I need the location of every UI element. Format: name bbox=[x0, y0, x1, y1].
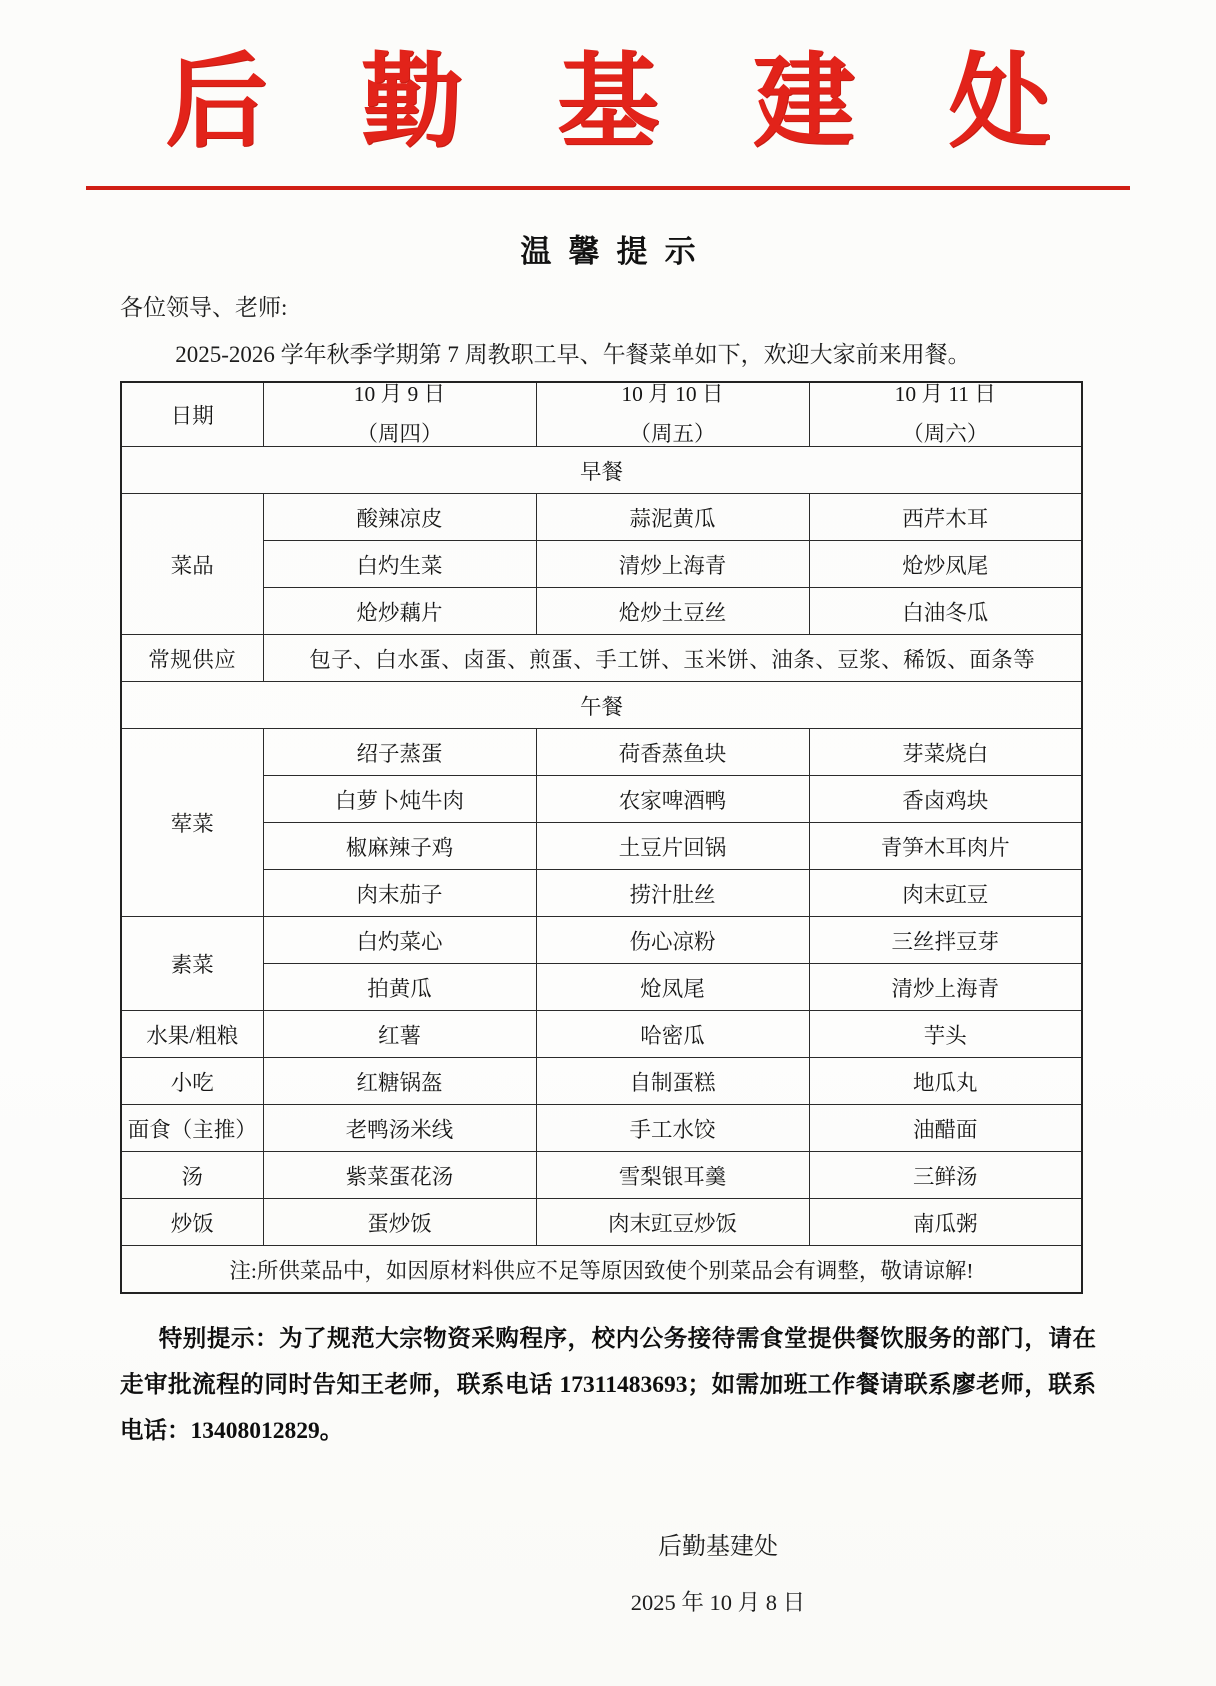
signature-department: 后勤基建处 bbox=[558, 1526, 878, 1561]
date-text: 10 月 11 日 bbox=[814, 383, 1078, 407]
menu-cell: 肉末茄子 bbox=[263, 870, 536, 917]
menu-cell: 绍子蒸蛋 bbox=[263, 729, 536, 776]
lunch-banner: 午餐 bbox=[121, 682, 1082, 729]
menu-cell: 三鲜汤 bbox=[809, 1152, 1082, 1199]
menu-cell: 红薯 bbox=[263, 1011, 536, 1058]
menu-cell: 西芹木耳 bbox=[809, 494, 1082, 541]
meat-label: 荤菜 bbox=[121, 729, 263, 917]
menu-cell: 清炒上海青 bbox=[536, 541, 809, 588]
menu-cell: 清炒上海青 bbox=[809, 964, 1082, 1011]
menu-cell: 土豆片回锅 bbox=[536, 823, 809, 870]
date-cell-sat: 10 月 11 日 （周六） bbox=[809, 382, 1082, 447]
fruit-label: 水果/粗粮 bbox=[121, 1011, 263, 1058]
menu-cell: 蛋炒饭 bbox=[263, 1199, 536, 1246]
table-row: 白萝卜炖牛肉 农家啤酒鸭 香卤鸡块 bbox=[121, 776, 1082, 823]
menu-cell: 紫菜蛋花汤 bbox=[263, 1152, 536, 1199]
menu-cell: 肉末豇豆炒饭 bbox=[536, 1199, 809, 1246]
menu-cell: 伤心凉粉 bbox=[536, 917, 809, 964]
table-row: 小吃 红糖锅盔 自制蛋糕 地瓜丸 bbox=[121, 1058, 1082, 1105]
intro-paragraph: 2025-2026 学年秋季学期第 7 周教职工早、午餐菜单如下，欢迎大家前来用… bbox=[120, 336, 1096, 369]
table-row-regular-supply: 常规供应 包子、白水蛋、卤蛋、煎蛋、手工饼、玉米饼、油条、豆浆、稀饭、面条等 bbox=[121, 635, 1082, 682]
letterhead-title: 后勤基建处 bbox=[0, 48, 1216, 160]
date-label-cell: 日期 bbox=[121, 382, 263, 447]
table-row-lunch-banner: 午餐 bbox=[121, 682, 1082, 729]
menu-cell: 南瓜粥 bbox=[809, 1199, 1082, 1246]
menu-cell: 炝炒藕片 bbox=[263, 588, 536, 635]
table-row: 拍黄瓜 炝凤尾 清炒上海青 bbox=[121, 964, 1082, 1011]
table-row: 椒麻辣子鸡 土豆片回锅 青笋木耳肉片 bbox=[121, 823, 1082, 870]
special-notice: 特别提示：为了规范大宗物资采购程序，校内公务接待需食堂提供餐饮服务的部门，请在走… bbox=[120, 1316, 1096, 1454]
menu-note: 注:所供菜品中，如因原材料供应不足等原因致使个别菜品会有调整，敬请谅解! bbox=[121, 1246, 1082, 1294]
menu-cell: 肉末豇豆 bbox=[809, 870, 1082, 917]
menu-cell: 荷香蒸鱼块 bbox=[536, 729, 809, 776]
noodle-label: 面食（主推） bbox=[121, 1105, 263, 1152]
menu-cell: 雪梨银耳羹 bbox=[536, 1152, 809, 1199]
notice-title: 温馨提示 bbox=[0, 226, 1216, 271]
menu-cell: 哈密瓜 bbox=[536, 1011, 809, 1058]
soup-label: 汤 bbox=[121, 1152, 263, 1199]
salutation: 各位领导、老师: bbox=[120, 289, 1096, 322]
date-cell-thu: 10 月 9 日 （周四） bbox=[263, 382, 536, 447]
menu-cell: 白灼生菜 bbox=[263, 541, 536, 588]
menu-cell: 青笋木耳肉片 bbox=[809, 823, 1082, 870]
signature-block: 后勤基建处 2025 年 10 月 8 日 bbox=[558, 1526, 878, 1617]
table-row: 白灼生菜 清炒上海青 炝炒凤尾 bbox=[121, 541, 1082, 588]
table-row: 水果/粗粮 红薯 哈密瓜 芋头 bbox=[121, 1011, 1082, 1058]
menu-cell: 炝凤尾 bbox=[536, 964, 809, 1011]
veg-label: 素菜 bbox=[121, 917, 263, 1011]
menu-table: 日期 10 月 9 日 （周四） 10 月 10 日 （周五） 10 月 11 … bbox=[120, 381, 1083, 1294]
breakfast-banner: 早餐 bbox=[121, 447, 1082, 494]
breakfast-dishes-label: 菜品 bbox=[121, 494, 263, 635]
table-row: 菜品 酸辣凉皮 蒜泥黄瓜 西芹木耳 bbox=[121, 494, 1082, 541]
snack-label: 小吃 bbox=[121, 1058, 263, 1105]
menu-cell: 炝炒凤尾 bbox=[809, 541, 1082, 588]
menu-cell: 自制蛋糕 bbox=[536, 1058, 809, 1105]
signature-date: 2025 年 10 月 8 日 bbox=[558, 1585, 878, 1617]
menu-cell: 蒜泥黄瓜 bbox=[536, 494, 809, 541]
weekday-text: （周六） bbox=[814, 423, 1078, 447]
table-row: 荤菜 绍子蒸蛋 荷香蒸鱼块 芽菜烧白 bbox=[121, 729, 1082, 776]
letterhead-rule bbox=[86, 186, 1130, 190]
menu-cell: 三丝拌豆芽 bbox=[809, 917, 1082, 964]
menu-cell: 炝炒土豆丝 bbox=[536, 588, 809, 635]
table-row: 面食（主推） 老鸭汤米线 手工水饺 油醋面 bbox=[121, 1105, 1082, 1152]
table-row: 炒饭 蛋炒饭 肉末豇豆炒饭 南瓜粥 bbox=[121, 1199, 1082, 1246]
weekday-text: （周四） bbox=[268, 423, 532, 447]
menu-cell: 油醋面 bbox=[809, 1105, 1082, 1152]
menu-cell: 地瓜丸 bbox=[809, 1058, 1082, 1105]
table-row: 素菜 白灼菜心 伤心凉粉 三丝拌豆芽 bbox=[121, 917, 1082, 964]
document-page: 后勤基建处 温馨提示 各位领导、老师: 2025-2026 学年秋季学期第 7 … bbox=[0, 0, 1216, 1686]
menu-cell: 捞汁肚丝 bbox=[536, 870, 809, 917]
table-row-note: 注:所供菜品中，如因原材料供应不足等原因致使个别菜品会有调整，敬请谅解! bbox=[121, 1246, 1082, 1294]
rice-label: 炒饭 bbox=[121, 1199, 263, 1246]
menu-cell: 椒麻辣子鸡 bbox=[263, 823, 536, 870]
menu-cell: 老鸭汤米线 bbox=[263, 1105, 536, 1152]
date-cell-fri: 10 月 10 日 （周五） bbox=[536, 382, 809, 447]
menu-cell: 白萝卜炖牛肉 bbox=[263, 776, 536, 823]
menu-cell: 芋头 bbox=[809, 1011, 1082, 1058]
menu-cell: 手工水饺 bbox=[536, 1105, 809, 1152]
menu-cell: 农家啤酒鸭 bbox=[536, 776, 809, 823]
weekday-text: （周五） bbox=[541, 423, 805, 447]
menu-cell: 红糖锅盔 bbox=[263, 1058, 536, 1105]
date-text: 10 月 9 日 bbox=[268, 383, 532, 407]
regular-supply-items: 包子、白水蛋、卤蛋、煎蛋、手工饼、玉米饼、油条、豆浆、稀饭、面条等 bbox=[263, 635, 1082, 682]
table-row: 肉末茄子 捞汁肚丝 肉末豇豆 bbox=[121, 870, 1082, 917]
menu-cell: 酸辣凉皮 bbox=[263, 494, 536, 541]
menu-cell: 香卤鸡块 bbox=[809, 776, 1082, 823]
table-row-dates: 日期 10 月 9 日 （周四） 10 月 10 日 （周五） 10 月 11 … bbox=[121, 382, 1082, 447]
date-text: 10 月 10 日 bbox=[541, 383, 805, 407]
table-row: 炝炒藕片 炝炒土豆丝 白油冬瓜 bbox=[121, 588, 1082, 635]
menu-cell: 白灼菜心 bbox=[263, 917, 536, 964]
table-row-breakfast-banner: 早餐 bbox=[121, 447, 1082, 494]
regular-supply-label: 常规供应 bbox=[121, 635, 263, 682]
menu-cell: 拍黄瓜 bbox=[263, 964, 536, 1011]
letterhead: 后勤基建处 bbox=[0, 0, 1216, 160]
notice-body: 各位领导、老师: 2025-2026 学年秋季学期第 7 周教职工早、午餐菜单如… bbox=[120, 289, 1096, 1617]
menu-cell: 白油冬瓜 bbox=[809, 588, 1082, 635]
menu-cell: 芽菜烧白 bbox=[809, 729, 1082, 776]
table-row: 汤 紫菜蛋花汤 雪梨银耳羹 三鲜汤 bbox=[121, 1152, 1082, 1199]
